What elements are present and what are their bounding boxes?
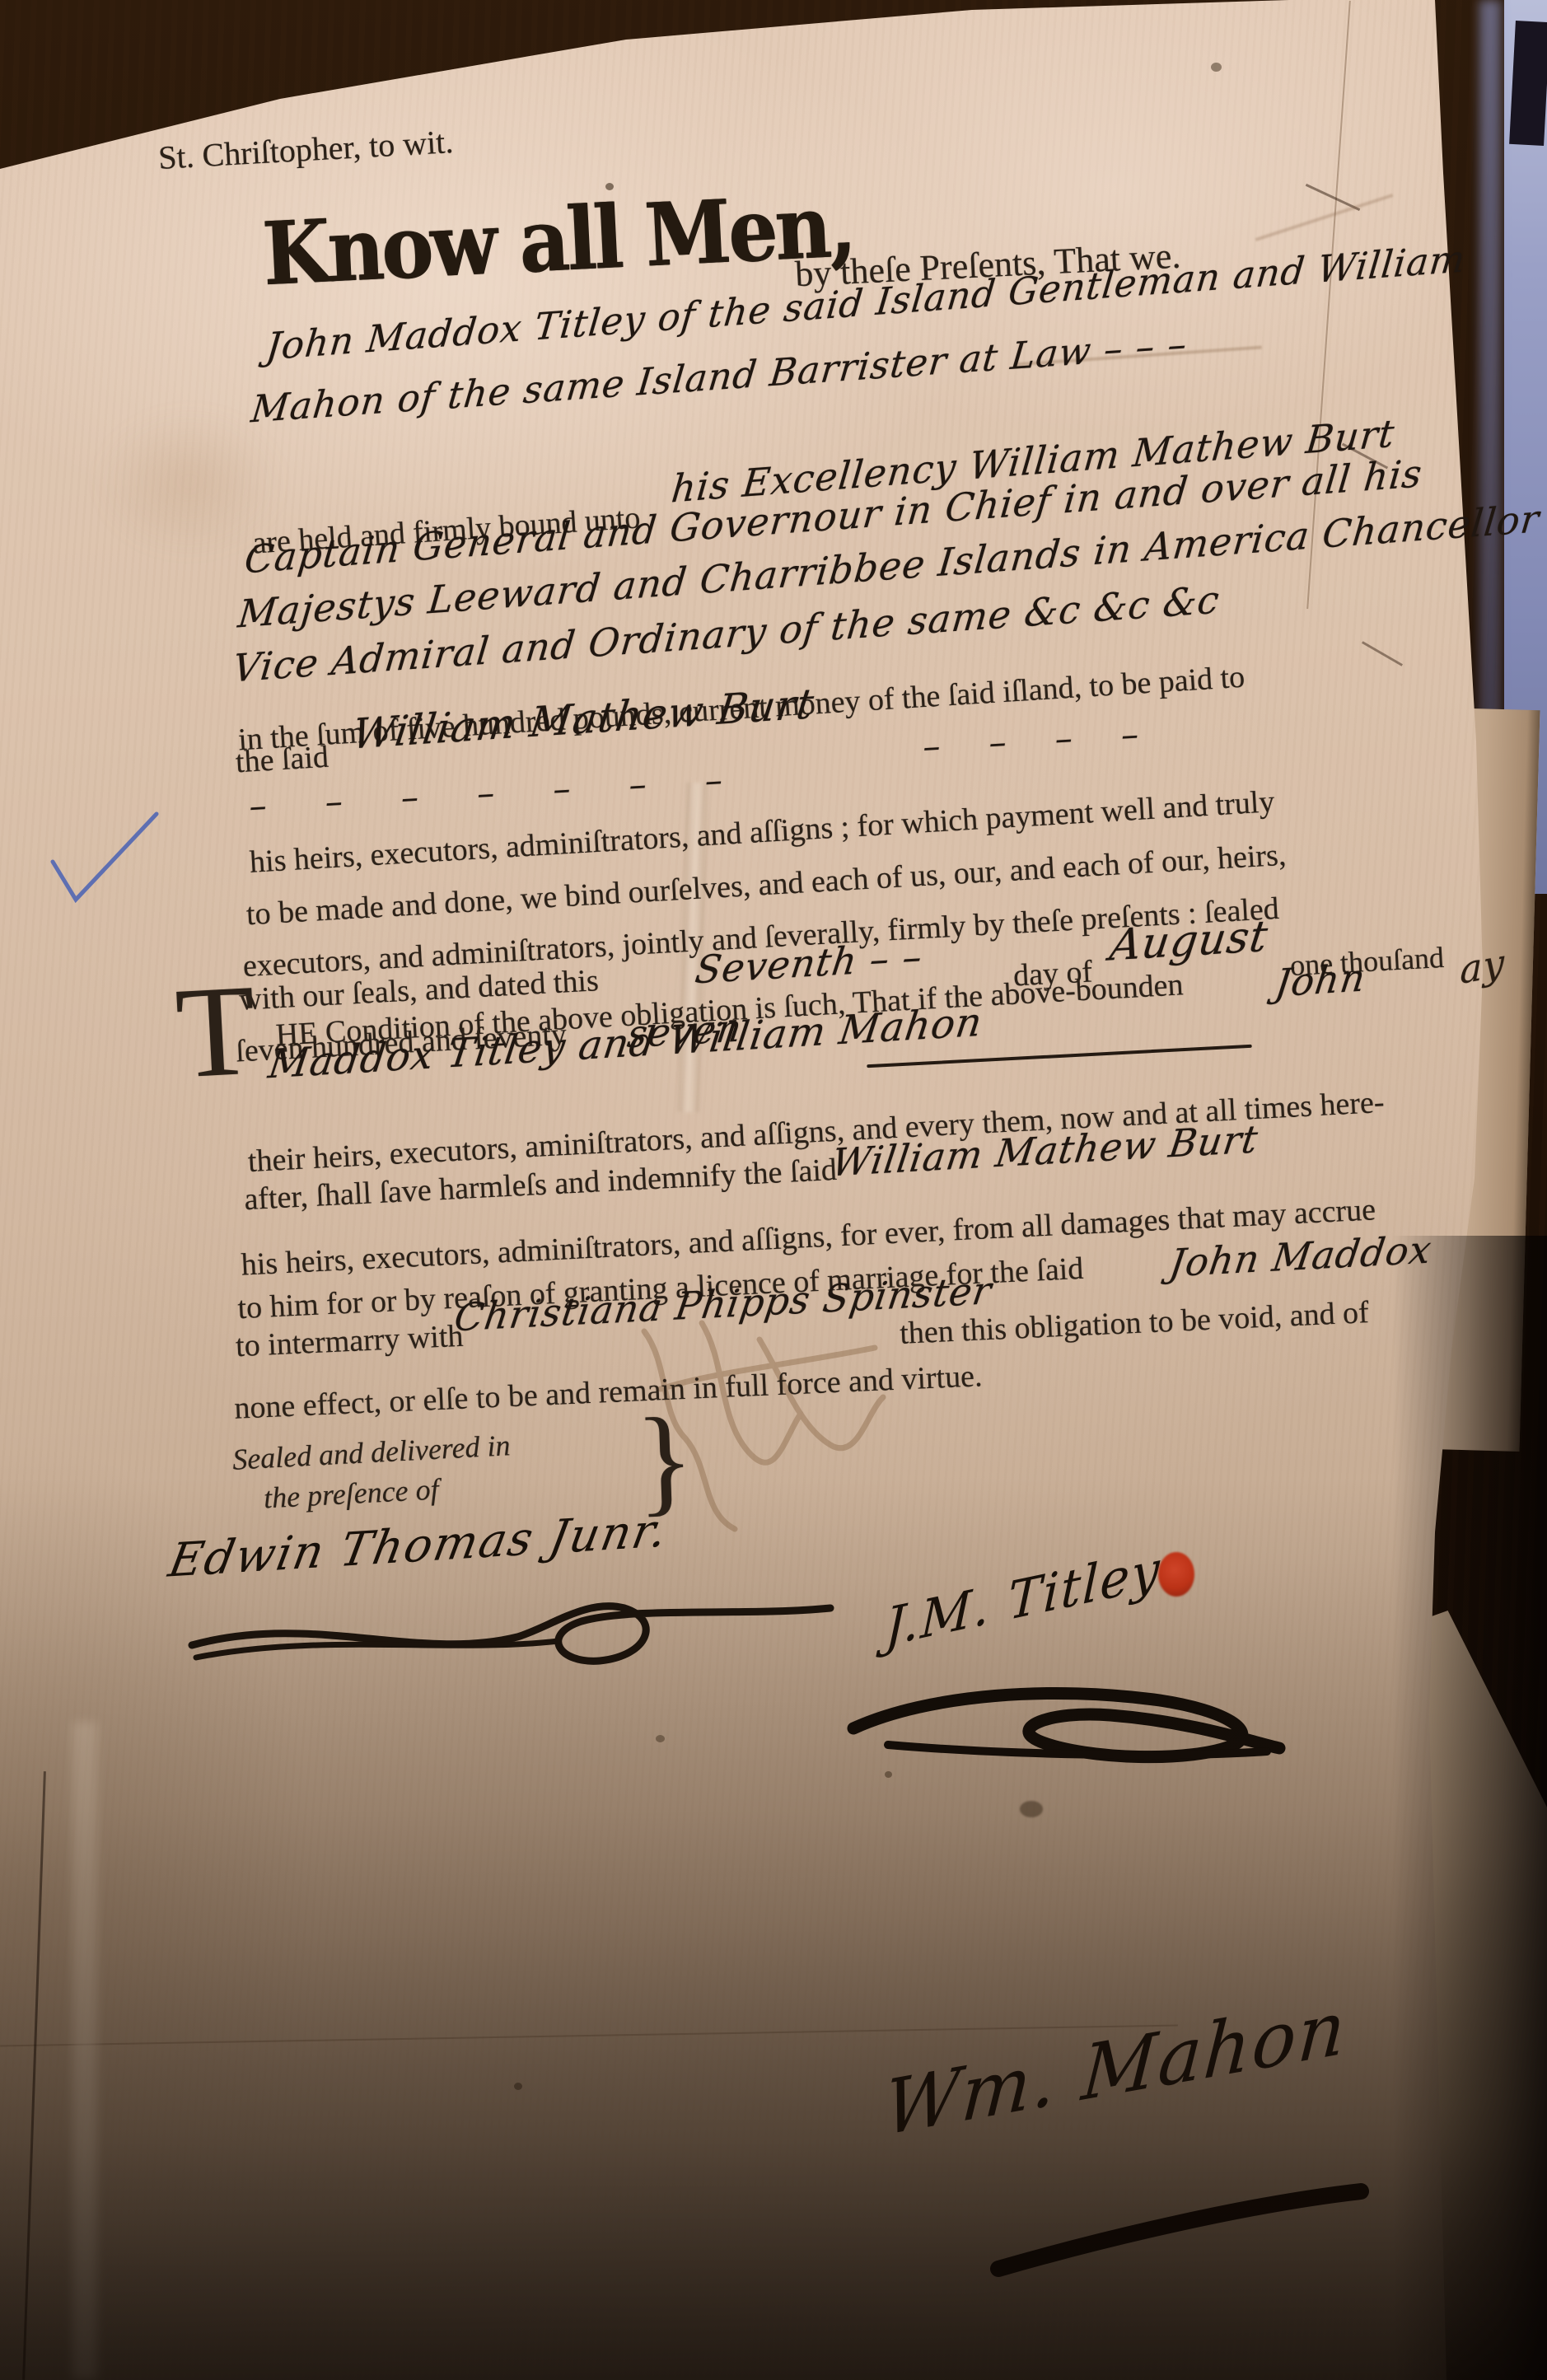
said-print: the ſaid	[235, 739, 329, 781]
condition-dropcap: T	[174, 975, 259, 1090]
under-page-handwriting: ay	[1460, 940, 1505, 993]
blue-checkmark	[43, 807, 166, 916]
wood-rail-highlight	[1479, 0, 1501, 1236]
bounden-hand-1: John	[1273, 955, 1368, 1005]
background-wall	[1504, 0, 1547, 894]
background-shadow-bar	[1509, 21, 1547, 146]
date-month-hand: August	[1107, 912, 1271, 971]
photo-of-document: St. Chriſtopher, to wit. Know all Men, b…	[0, 0, 1547, 2380]
